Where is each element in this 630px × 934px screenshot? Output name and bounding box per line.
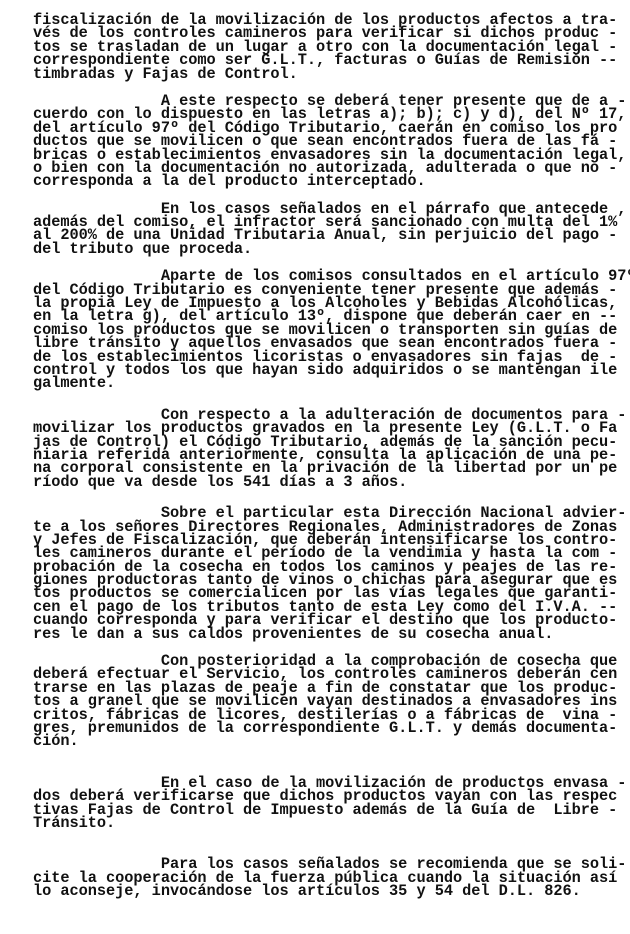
paragraph: Para los casos señalados se recomienda q… <box>33 858 613 898</box>
paragraph: Aparte de los comisos consultados en el … <box>33 270 613 391</box>
paragraph: Con respecto a la adulteración de docume… <box>33 409 613 489</box>
text-line: Tránsito. <box>33 817 613 830</box>
text-line: gres, premunidos de la correspondiente G… <box>33 722 613 735</box>
paragraph-spacer <box>33 830 613 858</box>
text-line: tivas Fajas de Control de Impuesto ademá… <box>33 804 613 817</box>
paragraph: Sobre el particular esta Dirección Nacio… <box>33 507 613 641</box>
text-line: lo aconseje, invocándose los artículos 3… <box>33 885 613 898</box>
text-line: res le dan a sus caldos provenientes de … <box>33 628 613 641</box>
text-line: corresponda a la del producto intercepta… <box>33 175 613 188</box>
paragraph: A este respecto se deberá tener presente… <box>33 95 613 189</box>
text-line: del tributo que proceda. <box>33 243 613 256</box>
paragraph: Con posterioridad a la comprobación de c… <box>33 655 613 749</box>
paragraph: En el caso de la movilización de product… <box>33 777 613 831</box>
text-line: control y todos los que hayan sido adqui… <box>33 364 613 377</box>
text-line: ríodo que va desde los 541 días a 3 años… <box>33 476 613 489</box>
text-line: ción. <box>33 735 613 748</box>
text-line: timbradas y Fajas de Control. <box>33 68 613 81</box>
paragraph: fiscalización de la movilización de los … <box>33 14 613 81</box>
document-page: fiscalización de la movilización de los … <box>33 14 613 898</box>
paragraph: En los casos señalados en el párrafo que… <box>33 203 613 257</box>
paragraph-spacer <box>33 749 613 777</box>
text-line: galmente. <box>33 377 613 390</box>
